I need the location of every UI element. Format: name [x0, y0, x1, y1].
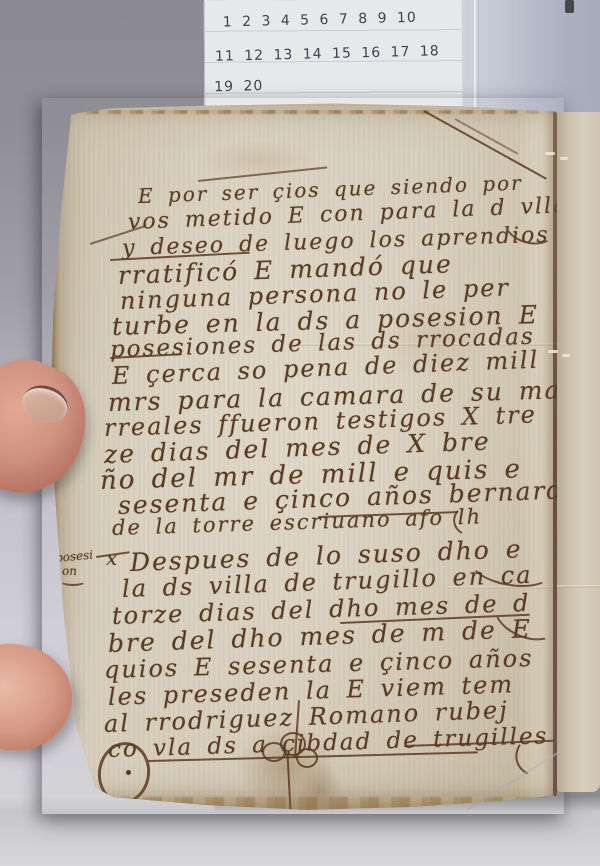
manuscript-page: E por ser çios que siendo por vos metido…	[48, 100, 566, 812]
photo-scene: 1 2 3 4 5 6 7 8 9 10 11 12 13 14 15 16 1…	[0, 0, 600, 866]
facing-leaf-crease	[557, 585, 600, 588]
page-edge-shading	[48, 100, 566, 812]
numbered-reference-card: 1 2 3 4 5 6 7 8 9 10 11 12 13 14 15 16 1…	[204, 0, 463, 108]
binding-stitch	[545, 152, 555, 155]
binding-stitch	[562, 354, 570, 357]
card-number-row-1: 1 2 3 4 5 6 7 8 9 10	[223, 10, 417, 31]
binding-stitch	[560, 157, 568, 160]
card-number-row-3: 19 20	[214, 78, 263, 95]
facing-leaf-edge	[557, 112, 600, 792]
dark-gap-notch	[565, 0, 574, 13]
binding-stitch	[548, 350, 558, 353]
backing-paper-fold	[474, 0, 479, 114]
card-number-row-2: 11 12 13 14 15 16 17 18	[215, 43, 440, 64]
